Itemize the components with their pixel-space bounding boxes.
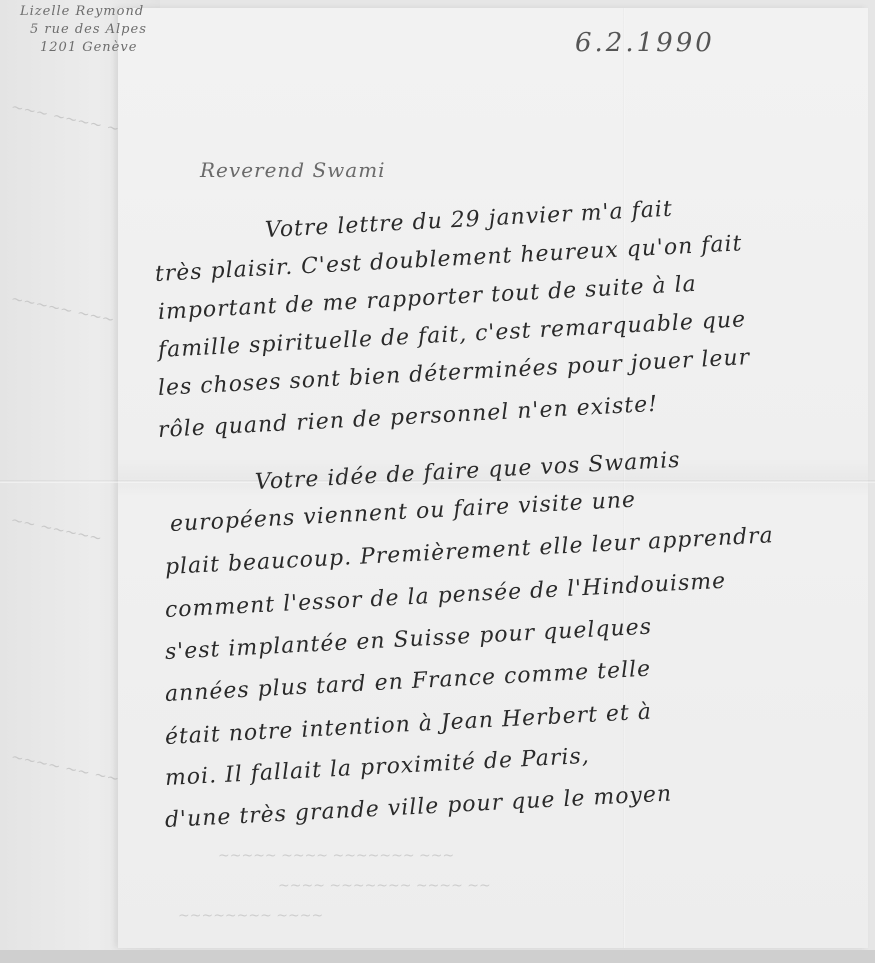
showthrough-text: ~~~~~ ~~~~ ~~~~~~~ ~~~ — [218, 848, 454, 864]
showthrough-text: ~~~~~~~~ ~~~~ — [178, 908, 323, 924]
sender-city: 1201 Genève — [40, 40, 137, 55]
page-bottom-edge — [0, 950, 875, 963]
showthrough-text: ~~~~~ ~~~ — [9, 289, 116, 329]
showthrough-text: ~~~~ ~~ ~~~ — [9, 747, 133, 790]
showthrough-text: ~~~ ~~~~ ~~ — [9, 97, 133, 140]
sender-name: Lizelle Reymond — [20, 4, 144, 19]
showthrough-text: ~~~~ ~~~~~~~ ~~~~ ~~ — [278, 878, 491, 894]
showthrough-text: ~~ ~~~~~ — [9, 511, 103, 548]
salutation: Reverend Swami — [200, 158, 386, 182]
sender-street: 5 rue des Alpes — [30, 22, 147, 37]
letter-date: 6.2.1990 — [575, 28, 715, 58]
